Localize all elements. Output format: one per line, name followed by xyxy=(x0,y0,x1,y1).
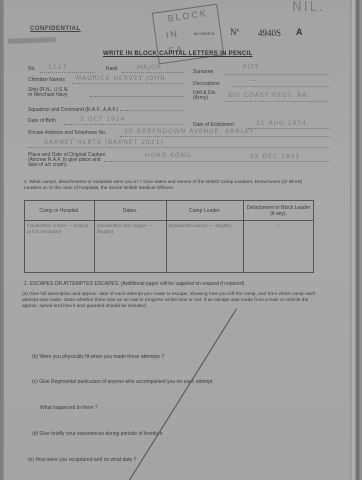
field-value-dob: 3 OCT 1914 xyxy=(80,116,125,123)
field-label-unit: Unit & Div. (Army) xyxy=(193,91,221,101)
section-2-note: (Additional paper will be supplied on re… xyxy=(121,281,246,287)
marginal-note: NIL. xyxy=(292,0,325,15)
form-suffix: A xyxy=(296,27,303,37)
question-e-id: (e) xyxy=(28,457,34,463)
cell-block-leader: — xyxy=(244,221,314,273)
section-1-number: 1. xyxy=(24,180,28,185)
field-value-address-line2: BARNET HERTS (BARNET 2021) xyxy=(44,139,164,146)
field-label-rank: Rank xyxy=(106,66,118,72)
section-2-title: ESCAPES OR ATTEMPTED ESCAPES. xyxy=(30,281,120,287)
question-e-text: How were you recaptured and on what date… xyxy=(36,457,137,463)
question-b: (b) Were you physically fit when you mad… xyxy=(32,354,164,360)
field-value-decorations: — xyxy=(250,77,257,84)
field-label-capture: Place and Date of Original Capture (Airc… xyxy=(28,153,108,168)
col-block-leader: Detachment or Block Leader (if any). xyxy=(244,201,314,221)
field-value-rank: MAJOR xyxy=(137,64,162,71)
field-label-ship: Ship (R.N., U.S.N. or Merchant Navy xyxy=(28,88,73,98)
field-label-christian-names: Christian Names xyxy=(28,77,65,83)
cell-dates: [handwritten date ranges — illegible] xyxy=(94,221,166,273)
question-c: (c) Give Regimental particulars of anyon… xyxy=(32,379,214,385)
col-camp-leader: Camp Leader. xyxy=(166,201,244,221)
section-1-question: 1. What camps, detachments or hospitals … xyxy=(24,180,319,192)
stamp-line-1: BLOCK xyxy=(167,8,209,24)
cell-leader: [handwritten names — illegible] xyxy=(166,221,244,273)
cell-camp: [handwritten entries — illegible at this… xyxy=(25,221,95,273)
field-value-enlistment: 31 AUG 1934 xyxy=(256,120,307,127)
table-row: [handwritten entries — illegible at this… xyxy=(25,221,314,273)
question-b-text: Were you physically fit when you made th… xyxy=(40,354,165,360)
section-2-heading: 2. ESCAPES OR ATTEMPTED ESCAPES. (Additi… xyxy=(24,281,246,287)
field-value-address-line1: 20 GREENDOWN AVENUE, ARKLEY xyxy=(124,128,254,135)
question-b-id: (b) xyxy=(32,354,38,360)
form-number: 4940S xyxy=(258,28,281,38)
field-label-decorations: Decorations xyxy=(193,81,220,87)
field-value-capture-place: HONG KONG xyxy=(145,152,192,159)
question-a-text: Give full description and approx. date o… xyxy=(22,292,316,309)
field-label-address: Private Address and Telephone No. xyxy=(28,130,106,136)
question-d-text: Give briefly your experiences during per… xyxy=(40,431,164,437)
question-a-id: (a) xyxy=(22,292,28,297)
field-value-christian-names: MAURICE HERVEY JOHN xyxy=(76,75,166,82)
classification-label: CONFIDENTIAL xyxy=(30,26,81,32)
section-1-text: What camps, detachments or hospitals wer… xyxy=(24,180,302,191)
question-d-id: (d) xyxy=(32,431,38,437)
form-heading: WRITE IN BLOCK CAPITAL LETTERS IN PENCIL xyxy=(103,51,252,57)
field-label-no: No. xyxy=(28,66,36,72)
field-label-surname: Surname xyxy=(193,69,213,75)
question-a: (a) Give full description and approx. da… xyxy=(22,292,318,310)
question-c-id: (c) xyxy=(32,379,38,385)
camps-table-header: Camp or Hospital. Dates. Camp Leader. De… xyxy=(25,201,314,221)
question-e: (e) How were you recaptured and on what … xyxy=(28,457,136,463)
col-camp: Camp or Hospital. xyxy=(25,201,95,221)
question-c-followup: What happened to them ? xyxy=(40,405,98,411)
field-label-dob: Date of Birth xyxy=(28,118,56,124)
field-value-capture-date: 25 DEC 1941 xyxy=(250,153,300,160)
field-value-unit: 8th COAST REGT. RA. xyxy=(228,92,310,99)
form-prefix: M.I.9/S/P.G. xyxy=(194,31,215,36)
field-label-squadron: Squadron and Command (R.A.F., A.A.F.) xyxy=(28,107,118,113)
page-edge xyxy=(350,0,362,480)
field-value-no: 1127 xyxy=(48,64,67,71)
col-dates: Dates. xyxy=(94,201,166,221)
form-number-label: Nº xyxy=(230,27,239,37)
stamp-line-2: IN xyxy=(165,28,179,40)
question-d: (d) Give briefly your experiences during… xyxy=(32,431,164,437)
field-value-surname: PITT xyxy=(243,64,260,71)
section-2-number: 2. xyxy=(24,281,28,287)
camps-table: Camp or Hospital. Dates. Camp Leader. De… xyxy=(24,200,314,273)
